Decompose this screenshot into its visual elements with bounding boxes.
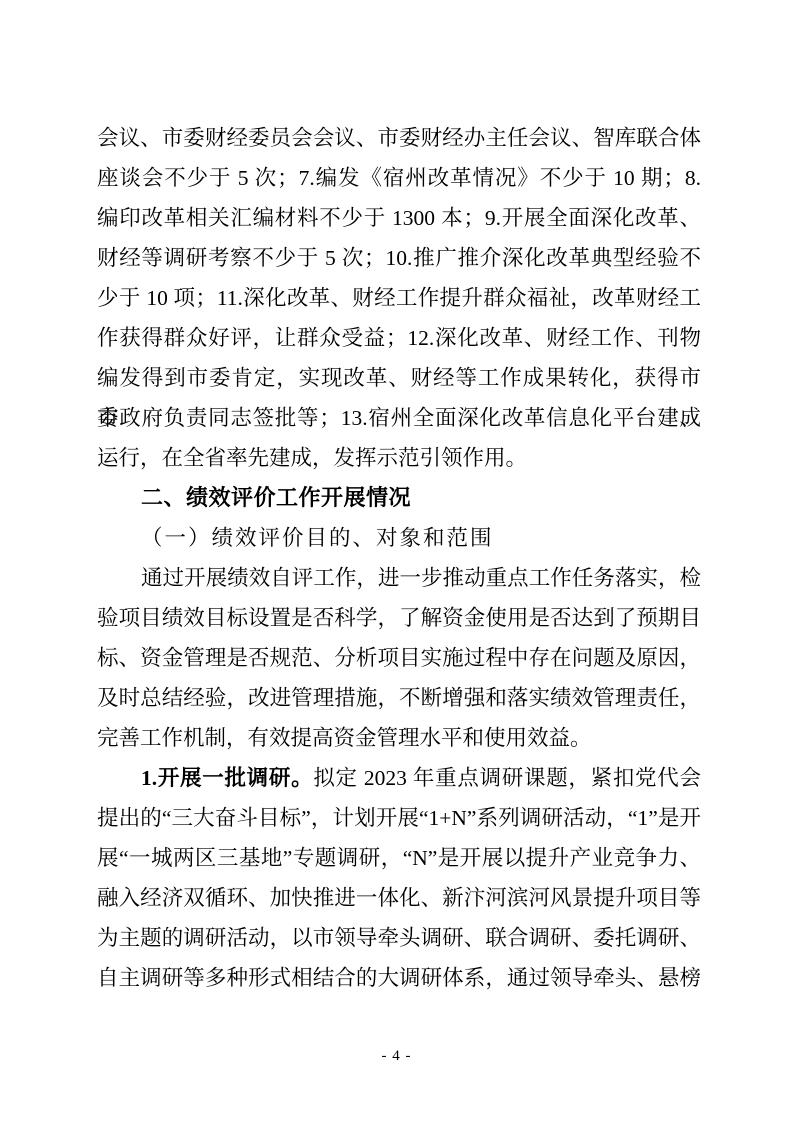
paragraph-line: 自主调研等多种形式相结合的大调研体系，通过领导牵头、悬榜 — [97, 958, 701, 998]
paragraph-line: 标、资金管理是否规范、分析项目实施过程中存在问题及原因， — [97, 638, 701, 678]
document-page: 会议、市委财经委员会会议、市委财经办主任会议、智库联合体 座谈会不少于 5 次；… — [0, 0, 793, 1122]
paragraph-line: 提出的“三大奋斗目标”，计划开展“1+N”系列调研活动，“1”是开 — [97, 798, 701, 838]
paragraph-line: 验项目绩效目标设置是否科学，了解资金使用是否达到了预期目 — [97, 598, 701, 638]
paragraph-line: 少于 10 项；11.深化改革、财经工作提升群众福祉，改革财经工 — [97, 278, 701, 318]
paragraph-line: 市政府负责同志签批等；13.宿州全面深化改革信息化平台建成 — [97, 398, 701, 438]
paragraph-line: 座谈会不少于 5 次；7.编发《宿州改革情况》不少于 10 期；8. — [97, 158, 701, 198]
paragraph-line: 及时总结经验，改进管理措施，不断增强和落实绩效管理责任， — [97, 678, 701, 718]
text-run: 拟定 2023 年重点调研课题，紧扣党代会 — [313, 766, 701, 790]
paragraph-line: 通过开展绩效自评工作，进一步推动重点工作任务落实，检 — [97, 558, 701, 598]
bold-run: 1.开展一批调研。 — [141, 766, 313, 790]
paragraph-line: 编印改革相关汇编材料不少于 1300 本；9.开展全面深化改革、 — [97, 198, 701, 238]
paragraph-line: 会议、市委财经委员会会议、市委财经办主任会议、智库联合体 — [97, 118, 701, 158]
document-body: 会议、市委财经委员会会议、市委财经办主任会议、智库联合体 座谈会不少于 5 次；… — [97, 118, 701, 998]
paragraph-line: 为主题的调研活动，以市领导牵头调研、联合调研、委托调研、 — [97, 918, 701, 958]
paragraph-line: 作获得群众好评，让群众受益；12.深化改革、财经工作、刊物 — [97, 318, 701, 358]
paragraph-line: 展“一城两区三基地”专题调研，“N”是开展以提升产业竞争力、 — [97, 838, 701, 878]
paragraph-line: 1.开展一批调研。拟定 2023 年重点调研课题，紧扣党代会 — [97, 758, 701, 798]
page-number: - 4 - — [0, 1044, 793, 1068]
paragraph-line: 财经等调研考察不少于 5 次；10.推广推介深化改革典型经验不 — [97, 238, 701, 278]
paragraph-line: 完善工作机制，有效提高资金管理水平和使用效益。 — [97, 718, 701, 758]
paragraph-line: 编发得到市委肯定，实现改革、财经等工作成果转化，获得市委、 — [97, 358, 701, 398]
section-heading: 二、绩效评价工作开展情况 — [97, 478, 701, 518]
paragraph-line: 运行，在全省率先建成，发挥示范引领作用。 — [97, 438, 701, 478]
subsection-heading: （一）绩效评价目的、对象和范围 — [97, 518, 701, 558]
paragraph-line: 融入经济双循环、加快推进一体化、新汴河滨河风景提升项目等 — [97, 878, 701, 918]
